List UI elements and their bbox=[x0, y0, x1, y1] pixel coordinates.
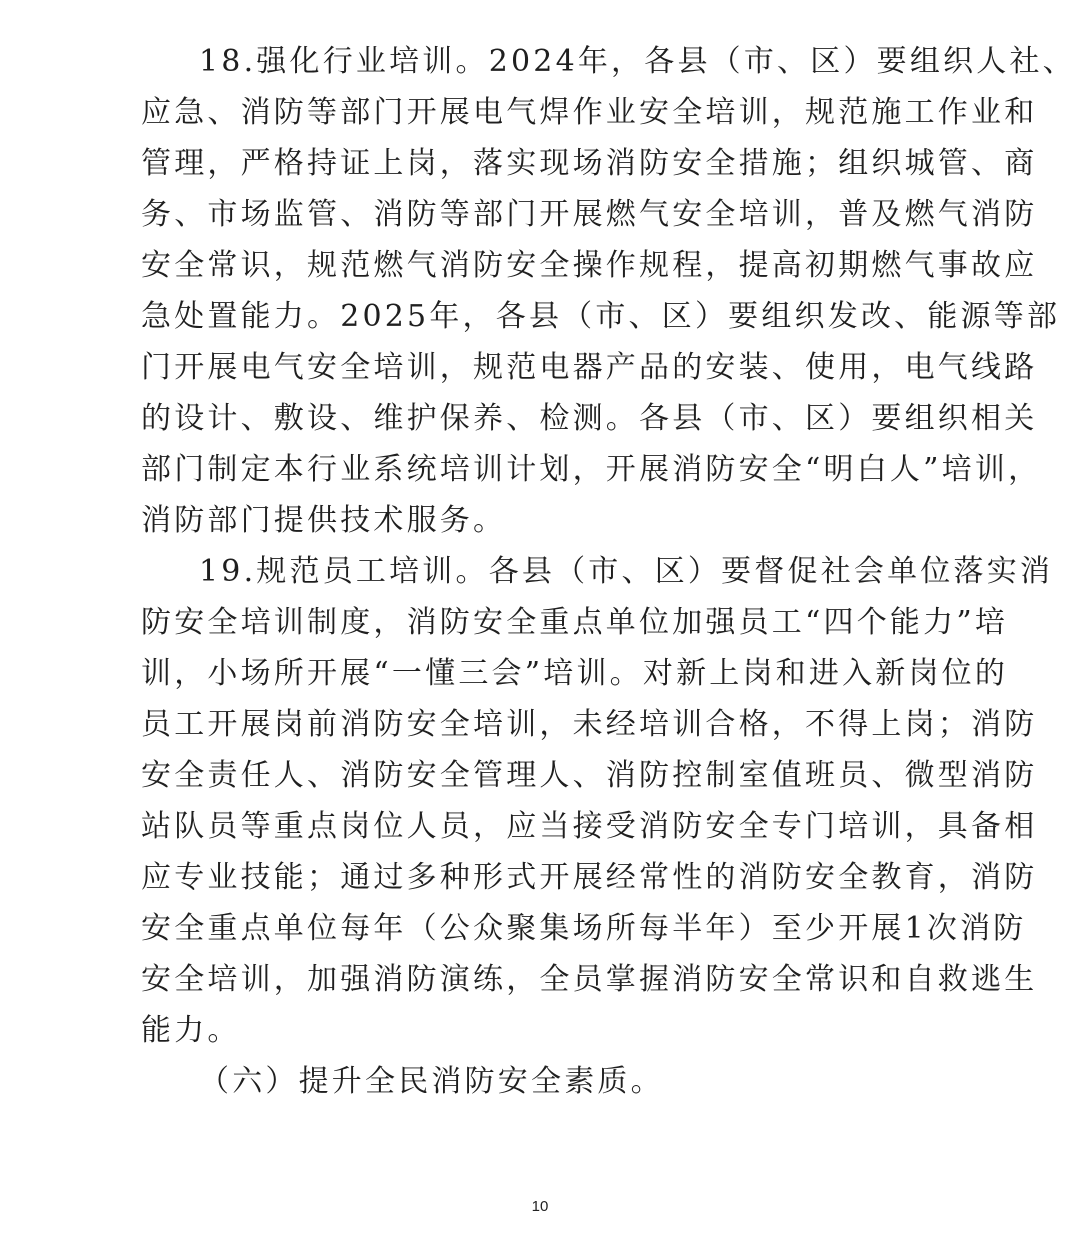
text-line: 安全培训，加强消防演练，全员掌握消防安全常识和自救逃生 bbox=[141, 954, 941, 1005]
text-line: 18.强化行业培训。2024年，各县（市、区）要组织人社、 bbox=[141, 36, 941, 87]
paragraph-item-19: 19.规范员工培训。各县（市、区）要督促社会单位落实消 防安全培训制度，消防安全… bbox=[141, 546, 941, 1056]
text-line: 防安全培训制度，消防安全重点单位加强员工“四个能力”培 bbox=[141, 597, 941, 648]
document-body: 18.强化行业培训。2024年，各县（市、区）要组织人社、 应急、消防等部门开展… bbox=[141, 36, 941, 1107]
text-line: 能力。 bbox=[141, 1005, 941, 1056]
text-line: 安全常识，规范燃气消防安全操作规程，提高初期燃气事故应 bbox=[141, 240, 941, 291]
text-line: 站队员等重点岗位人员，应当接受消防安全专门培训，具备相 bbox=[141, 801, 941, 852]
section-heading: （六）提升全民消防安全素质。 bbox=[141, 1056, 941, 1107]
text-line: 19.规范员工培训。各县（市、区）要督促社会单位落实消 bbox=[141, 546, 941, 597]
text-line: 安全重点单位每年（公众聚集场所每半年）至少开展1次消防 bbox=[141, 903, 941, 954]
text-line: 应专业技能；通过多种形式开展经常性的消防安全教育，消防 bbox=[141, 852, 941, 903]
text-line: 消防部门提供技术服务。 bbox=[141, 495, 941, 546]
paragraph-item-18: 18.强化行业培训。2024年，各县（市、区）要组织人社、 应急、消防等部门开展… bbox=[141, 36, 941, 546]
text-line: 务、市场监管、消防等部门开展燃气安全培训，普及燃气消防 bbox=[141, 189, 941, 240]
text-line: 门开展电气安全培训，规范电器产品的安装、使用，电气线路 bbox=[141, 342, 941, 393]
text-line: 安全责任人、消防安全管理人、消防控制室值班员、微型消防 bbox=[141, 750, 941, 801]
text-line: 训，小场所开展“一懂三会”培训。对新上岗和进入新岗位的 bbox=[141, 648, 941, 699]
page-number: 10 bbox=[0, 1198, 1080, 1215]
text-line: 部门制定本行业系统培训计划，开展消防安全“明白人”培训， bbox=[141, 444, 941, 495]
document-page: 18.强化行业培训。2024年，各县（市、区）要组织人社、 应急、消防等部门开展… bbox=[0, 0, 1080, 1245]
text-line: 员工开展岗前消防安全培训，未经培训合格，不得上岗；消防 bbox=[141, 699, 941, 750]
text-line: 应急、消防等部门开展电气焊作业安全培训，规范施工作业和 bbox=[141, 87, 941, 138]
text-line: 的设计、敷设、维护保养、检测。各县（市、区）要组织相关 bbox=[141, 393, 941, 444]
text-line: 急处置能力。2025年，各县（市、区）要组织发改、能源等部 bbox=[141, 291, 941, 342]
text-line: 管理，严格持证上岗，落实现场消防安全措施；组织城管、商 bbox=[141, 138, 941, 189]
section-heading-6: （六）提升全民消防安全素质。 bbox=[141, 1056, 941, 1107]
